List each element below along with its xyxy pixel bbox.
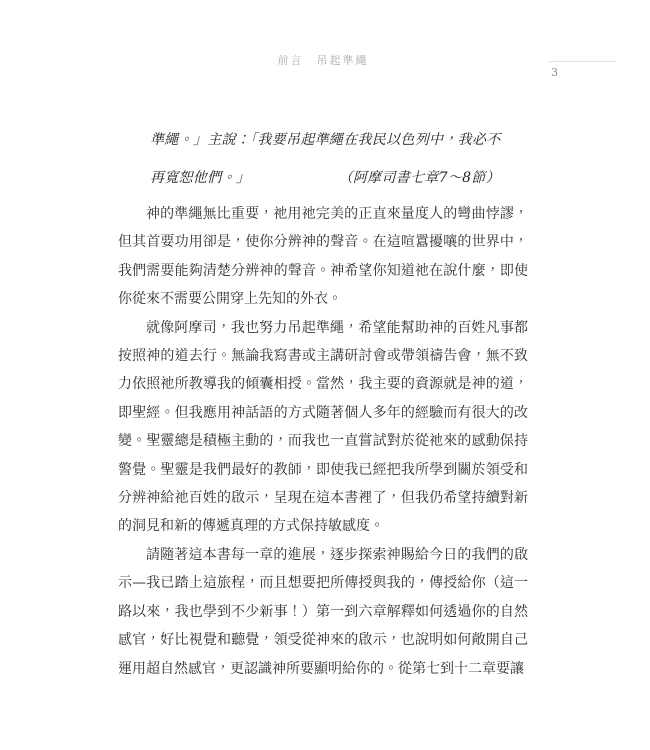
body-line: 力依照祂所教導我的傾囊相授。當然，我主要的資源就是神的道， bbox=[118, 370, 528, 398]
body-line: 但其首要功用卻是，使你分辨神的聲音。在這喧囂擾嚷的世界中， bbox=[118, 228, 528, 256]
quote-line: 準繩。」主說：「我要吊起準繩在我民以色列中，我必不 bbox=[150, 121, 506, 159]
body-line: 路以來，我也學到不少新事！）第一到六章解釋如何透過你的自然 bbox=[118, 598, 528, 626]
body-line: 我們需要能夠清楚分辨神的聲音。神希望你知道祂在說什麼，即使 bbox=[118, 257, 528, 285]
body-line: 變。聖靈總是積極主動的，而我也一直嘗試對於從祂來的感動保持 bbox=[118, 427, 528, 455]
folio-rule bbox=[548, 61, 616, 62]
body-line: 示—我已踏上這旅程，而且想要把所傳授與我的，傳授給你（這一 bbox=[118, 569, 528, 597]
body-line: 請隨著這本書每一章的進展，逐步探索神賜給今日的我們的啟 bbox=[118, 541, 528, 569]
body-line: 就像阿摩司，我也努力吊起準繩，希望能幫助神的百姓凡事都 bbox=[118, 314, 528, 342]
quote-citation: （阿摩司書七章7～8節） bbox=[339, 159, 506, 197]
body-line: 神的準繩無比重要，祂用祂完美的正直來量度人的彎曲悖謬， bbox=[118, 200, 528, 228]
page-number: 3 bbox=[551, 66, 558, 79]
quote-text: 再寬恕他們。」 bbox=[150, 159, 250, 197]
body-line: 感官，好比視覺和聽覺，領受從神來的啟示，也說明如何敞開自己 bbox=[118, 626, 528, 654]
body-text: 神的準繩無比重要，祂用祂完美的正直來量度人的彎曲悖謬，但其首要功用卻是，使你分辨… bbox=[118, 200, 528, 683]
body-line: 按照神的道去行。無論我寫書或主講研討會或帶領禱告會，無不致 bbox=[118, 342, 528, 370]
running-header: 前言 吊起準繩 bbox=[118, 52, 528, 68]
body-line: 的洞見和新的傳遞真理的方式保持敏感度。 bbox=[118, 512, 528, 540]
body-line: 警覺。聖靈是我們最好的教師，即使我已經把我所學到關於領受和 bbox=[118, 456, 528, 484]
quote-line: 再寬恕他們。」 （阿摩司書七章7～8節） bbox=[150, 159, 506, 197]
book-page: 前言 吊起準繩 3 準繩。」主說：「我要吊起準繩在我民以色列中，我必不 再寬恕他… bbox=[0, 0, 650, 750]
scripture-quote: 準繩。」主說：「我要吊起準繩在我民以色列中，我必不 再寬恕他們。」 （阿摩司書七… bbox=[150, 121, 506, 197]
body-line: 分辨神給祂百姓的啟示，呈現在這本書裡了，但我仍希望持續對新 bbox=[118, 484, 528, 512]
body-line: 運用超自然感官，更認識神所要顯明給你的。從第七到十二章要讓 bbox=[118, 655, 528, 683]
body-line: 你從來不需要公開穿上先知的外衣。 bbox=[118, 285, 528, 313]
body-line: 即聖經。但我應用神話語的方式隨著個人多年的經驗而有很大的改 bbox=[118, 399, 528, 427]
